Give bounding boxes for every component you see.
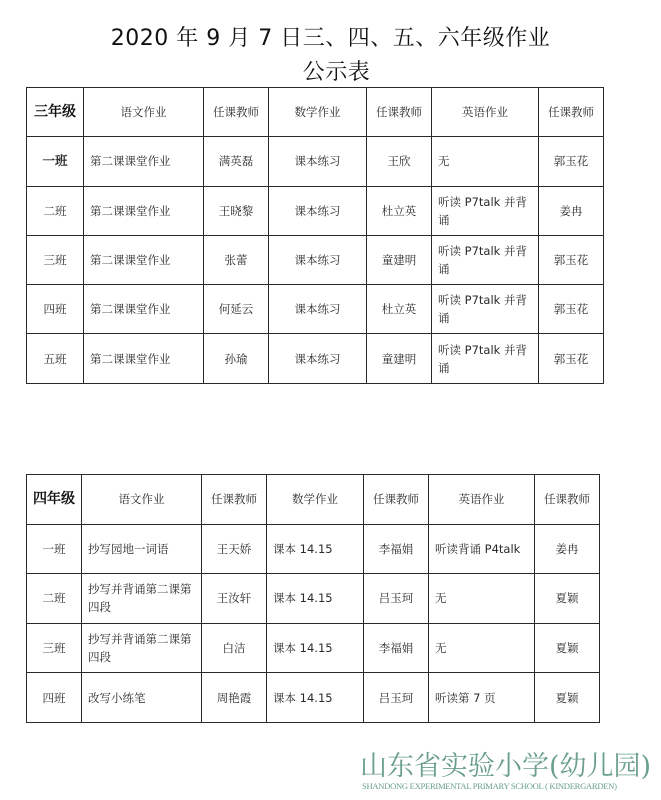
math-teacher: 童建明 xyxy=(367,235,432,284)
chinese-hw: 抄写并背诵第二课第四段 xyxy=(82,623,202,673)
header-chinese-teacher: 任课教师 xyxy=(204,88,269,137)
chinese-hw: 第二课课堂作业 xyxy=(84,235,204,284)
math-hw: 课本 14.15 xyxy=(267,524,364,574)
header-chinese-teacher: 任课教师 xyxy=(202,475,267,525)
table-row: 一班 抄写园地一词语 王天娇 课本 14.15 李福娟 听读背诵 P4talk … xyxy=(27,524,600,574)
table-row: 三班 第二课课堂作业 张蕾 课本练习 童建明 听读 P7talk 并背诵 郭玉花 xyxy=(27,235,604,284)
grade4-homework-table: 四年级 语文作业 任课教师 数学作业 任课教师 英语作业 任课教师 一班 抄写园… xyxy=(26,474,600,723)
english-hw: 听读第 7 页 xyxy=(429,673,535,723)
english-teacher: 姜冉 xyxy=(535,524,600,574)
header-english-hw: 英语作业 xyxy=(429,475,535,525)
math-hw: 课本练习 xyxy=(269,285,367,334)
chinese-hw: 第二课课堂作业 xyxy=(84,186,204,235)
chinese-hw: 抄写园地一词语 xyxy=(82,524,202,574)
chinese-teacher: 王汝轩 xyxy=(202,574,267,624)
class-name: 二班 xyxy=(27,186,84,235)
chinese-teacher: 张蕾 xyxy=(204,235,269,284)
math-teacher: 吕玉珂 xyxy=(364,673,429,723)
english-hw: 听读 P7talk 并背诵 xyxy=(432,235,539,284)
header-math-hw: 数学作业 xyxy=(267,475,364,525)
class-name: 一班 xyxy=(27,137,84,186)
math-teacher: 吕玉珂 xyxy=(364,574,429,624)
math-hw: 课本练习 xyxy=(269,235,367,284)
math-hw: 课本 14.15 xyxy=(267,623,364,673)
math-teacher: 杜立英 xyxy=(367,186,432,235)
chinese-hw: 第二课课堂作业 xyxy=(84,137,204,186)
chinese-teacher: 满英磊 xyxy=(204,137,269,186)
english-teacher: 郭玉花 xyxy=(539,285,604,334)
math-teacher: 王欣 xyxy=(367,137,432,186)
chinese-teacher: 孙瑜 xyxy=(204,334,269,383)
english-teacher: 郭玉花 xyxy=(539,334,604,383)
grade-label: 四年级 xyxy=(27,475,82,525)
header-english-teacher: 任课教师 xyxy=(539,88,604,137)
english-teacher: 夏颖 xyxy=(535,673,600,723)
chinese-hw: 抄写并背诵第二课第四段 xyxy=(82,574,202,624)
chinese-teacher: 王天娇 xyxy=(202,524,267,574)
table-row: 二班 抄写并背诵第二课第四段 王汝轩 课本 14.15 吕玉珂 无 夏颖 xyxy=(27,574,600,624)
english-hw: 听读背诵 P4talk xyxy=(429,524,535,574)
table-header-row: 四年级 语文作业 任课教师 数学作业 任课教师 英语作业 任课教师 xyxy=(27,475,600,525)
chinese-hw: 第二课课堂作业 xyxy=(84,334,204,383)
english-teacher: 夏颖 xyxy=(535,574,600,624)
document-title: 2020 年 9 月 7 日三、四、五、六年级作业 xyxy=(0,21,661,52)
header-math-hw: 数学作业 xyxy=(269,88,367,137)
table-row: 三班 抄写并背诵第二课第四段 白洁 课本 14.15 李福娟 无 夏颖 xyxy=(27,623,600,673)
table-row: 二班 第二课课堂作业 王晓黎 课本练习 杜立英 听读 P7talk 并背诵 姜冉 xyxy=(27,186,604,235)
math-hw: 课本练习 xyxy=(269,334,367,383)
header-english-teacher: 任课教师 xyxy=(535,475,600,525)
english-hw: 听读 P7talk 并背诵 xyxy=(432,186,539,235)
header-english-hw: 英语作业 xyxy=(432,88,539,137)
math-teacher: 李福娟 xyxy=(364,623,429,673)
header-chinese-hw: 语文作业 xyxy=(82,475,202,525)
grade3-homework-table: 三年级 语文作业 任课教师 数学作业 任课教师 英语作业 任课教师 一班 第二课… xyxy=(26,87,604,384)
english-teacher: 夏颖 xyxy=(535,623,600,673)
school-name-chinese: 山东省实验小学(幼儿园) xyxy=(360,744,660,783)
table-row: 五班 第二课课堂作业 孙瑜 课本练习 童建明 听读 P7talk 并背诵 郭玉花 xyxy=(27,334,604,383)
english-hw: 无 xyxy=(432,137,539,186)
table-row: 一班 第二课课堂作业 满英磊 课本练习 王欣 无 郭玉花 xyxy=(27,137,604,186)
chinese-hw: 第二课课堂作业 xyxy=(84,285,204,334)
grade-label: 三年级 xyxy=(27,88,84,137)
math-hw: 课本练习 xyxy=(269,186,367,235)
class-name: 三班 xyxy=(27,235,84,284)
chinese-teacher: 白洁 xyxy=(202,623,267,673)
class-name: 一班 xyxy=(27,524,82,574)
header-chinese-hw: 语文作业 xyxy=(84,88,204,137)
table-row: 四班 改写小练笔 周艳霞 课本 14.15 吕玉珂 听读第 7 页 夏颖 xyxy=(27,673,600,723)
math-hw: 课本 14.15 xyxy=(267,574,364,624)
chinese-teacher: 王晓黎 xyxy=(204,186,269,235)
math-hw: 课本 14.15 xyxy=(267,673,364,723)
chinese-teacher: 周艳霞 xyxy=(202,673,267,723)
chinese-hw: 改写小练笔 xyxy=(82,673,202,723)
class-name: 三班 xyxy=(27,623,82,673)
english-hw: 无 xyxy=(429,623,535,673)
math-teacher: 李福娟 xyxy=(364,524,429,574)
english-teacher: 郭玉花 xyxy=(539,137,604,186)
english-hw: 听读 P7talk 并背诵 xyxy=(432,334,539,383)
class-name: 四班 xyxy=(27,673,82,723)
class-name: 五班 xyxy=(27,334,84,383)
math-hw: 课本练习 xyxy=(269,137,367,186)
table-row: 四班 第二课课堂作业 何延云 课本练习 杜立英 听读 P7talk 并背诵 郭玉… xyxy=(27,285,604,334)
school-watermark-logo: 山东省实验小学(幼儿园) SHANDONG EXPERIMENTAL PRIMA… xyxy=(360,744,660,791)
math-teacher: 杜立英 xyxy=(367,285,432,334)
header-math-teacher: 任课教师 xyxy=(364,475,429,525)
header-math-teacher: 任课教师 xyxy=(367,88,432,137)
english-hw: 无 xyxy=(429,574,535,624)
math-teacher: 童建明 xyxy=(367,334,432,383)
english-hw: 听读 P7talk 并背诵 xyxy=(432,285,539,334)
english-teacher: 姜冉 xyxy=(539,186,604,235)
chinese-teacher: 何延云 xyxy=(204,285,269,334)
school-name-english: SHANDONG EXPERIMENTAL PRIMARY SCHOOL ( K… xyxy=(362,781,660,791)
class-name: 二班 xyxy=(27,574,82,624)
class-name: 四班 xyxy=(27,285,84,334)
english-teacher: 郭玉花 xyxy=(539,235,604,284)
table-header-row: 三年级 语文作业 任课教师 数学作业 任课教师 英语作业 任课教师 xyxy=(27,88,604,137)
document-subtitle: 公示表 xyxy=(6,55,661,86)
